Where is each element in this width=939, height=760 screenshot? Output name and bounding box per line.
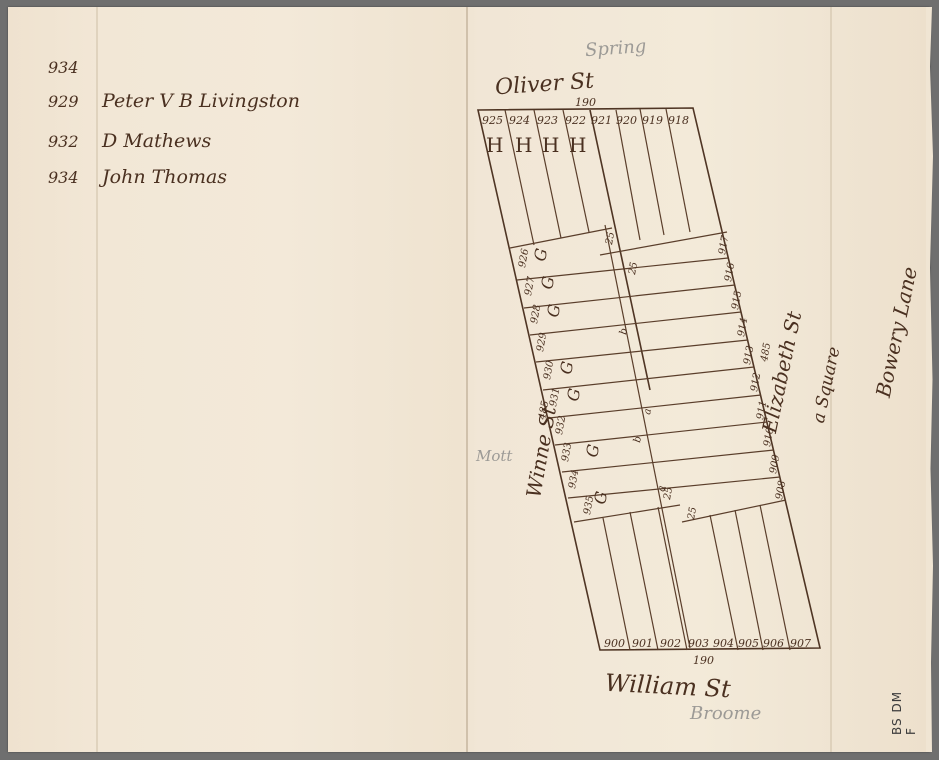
south-lot-dividers (603, 505, 790, 650)
dimension-south: 190 (693, 654, 714, 667)
lot-marker-g: G (590, 490, 611, 506)
center-divider (605, 225, 690, 648)
lot-marker-g: G (543, 303, 564, 319)
lot-marker-g: G (530, 247, 551, 263)
lot-number: 921 (591, 114, 612, 127)
lot-marker-h: H (542, 133, 559, 157)
lot-number: 900 (604, 637, 625, 650)
lot-marker-g: G (537, 275, 558, 291)
lot-number: 908 (774, 480, 788, 501)
lot-number: 929 (535, 331, 549, 352)
lot-number: 922 (565, 114, 586, 127)
lot-number: 914 (736, 317, 750, 338)
lot-marker-g: G (556, 360, 577, 376)
lot-number: 916 (723, 261, 737, 282)
lot-number: 920 (616, 114, 637, 127)
lot-number: 904 (713, 637, 734, 650)
lot-number: 901 (632, 637, 653, 650)
lot-marker-h: H (486, 133, 503, 157)
lot-number: 924 (509, 114, 530, 127)
interior-mark: b (632, 435, 644, 443)
interior-mark: 25 (627, 261, 640, 276)
lot-marker-g: G (563, 387, 584, 403)
lot-number: 917 (717, 234, 731, 255)
dimension-east: 485 (759, 342, 773, 364)
lot-number: 925 (482, 114, 503, 127)
lot-number: 919 (642, 114, 663, 127)
lot-number: 918 (668, 114, 689, 127)
lot-number: 923 (537, 114, 558, 127)
lot-marker-g: G (582, 443, 603, 459)
interior-mark: 25 (604, 231, 617, 246)
interior-mark: 25 (662, 486, 675, 501)
lot-number: 928 (529, 304, 543, 325)
archive-stamp: BS DM F (890, 686, 918, 735)
lot-number: 911 (755, 400, 769, 421)
lot-number: 927 (523, 275, 537, 296)
lot-number: 906 (763, 637, 784, 650)
lot-marker-h: H (515, 133, 532, 157)
lot-number: 934 (567, 469, 581, 490)
lot-number: 913 (742, 345, 756, 366)
lot-marker-h: H (569, 133, 586, 157)
interior-mark: 25 (686, 506, 699, 521)
lot-number: 902 (660, 637, 681, 650)
lot-number: 915 (730, 290, 744, 311)
interior-mark: b (618, 327, 630, 335)
lot-number: 926 (517, 247, 531, 268)
survey-map: 925 924 923 922 921 920 919 918 190 H H … (0, 0, 939, 760)
interior-mark: a (642, 408, 654, 416)
lot-number: 932 (554, 415, 568, 436)
lot-number: 903 (688, 637, 709, 650)
lot-number: 912 (749, 372, 763, 393)
lot-number: 933 (560, 442, 574, 463)
lot-number: 910 (762, 426, 776, 447)
dimension-north: 190 (575, 96, 596, 109)
lot-number: 905 (738, 637, 759, 650)
lot-number: 930 (542, 359, 556, 380)
lot-number: 907 (790, 637, 811, 650)
lot-number: 909 (768, 453, 782, 474)
